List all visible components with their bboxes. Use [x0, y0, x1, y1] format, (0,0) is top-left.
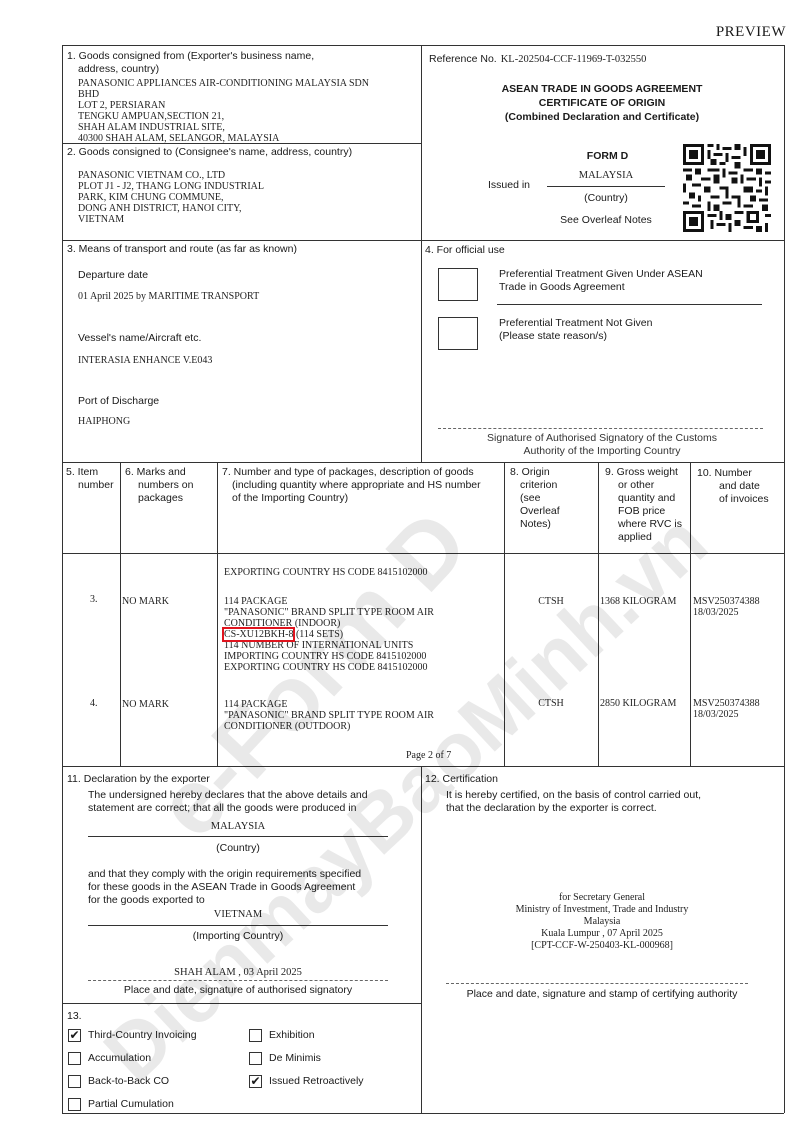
exporter-line: LOT 2, PERSIARAN	[78, 100, 369, 111]
box3-label: 3. Means of transport and route (as far …	[67, 243, 297, 256]
preferential-given-label: Preferential Treatment Given Under ASEAN…	[499, 268, 703, 294]
title-line: ASEAN TRADE IN GOODS AGREEMENT	[421, 82, 783, 96]
issued-in-label: Issued in	[488, 179, 530, 192]
cell-weight: 1368 KILOGRAM	[600, 596, 676, 607]
exporter-line: PANASONIC APPLIANCES AIR-CONDITIONING MA…	[78, 78, 369, 89]
option-text: Preferential Treatment Given Under ASEAN	[499, 268, 703, 281]
authority-line: for Secretary General	[421, 892, 783, 904]
declaration-line: The undersigned hereby declares that the…	[88, 789, 368, 802]
header-text: quantity and	[605, 492, 682, 505]
importing-country-caption: (Importing Country)	[88, 930, 388, 943]
declaration-text: The undersigned hereby declares that the…	[88, 789, 368, 815]
header-text: (see	[510, 492, 560, 505]
header-text: packages	[125, 492, 193, 505]
description-line: 114 NUMBER OF INTERNATIONAL UNITS	[224, 640, 434, 651]
departure-label: Departure date	[78, 269, 148, 282]
description-line: "PANASONIC" BRAND SPLIT TYPE ROOM AIR	[224, 710, 434, 721]
header-text: 5. Item	[66, 466, 118, 479]
box1-label-line2: address, country)	[78, 63, 159, 76]
table-preamble: EXPORTING COUNTRY HS CODE 8415102000	[224, 567, 427, 578]
produced-in-value: MALAYSIA	[88, 821, 388, 832]
cell-marks: NO MARK	[122, 596, 169, 607]
title-line: CERTIFICATE OF ORIGIN	[421, 96, 783, 110]
certification-line: that the declaration by the exporter is …	[446, 802, 701, 815]
option-text: Preferential Treatment Not Given	[499, 317, 653, 330]
consignee-line: DONG ANH DISTRICT, HANOI CITY,	[78, 203, 264, 214]
invoice-number: MSV250374388	[693, 698, 760, 709]
description-line: IMPORTING COUNTRY HS CODE 8415102000	[224, 651, 434, 662]
consignee-line: VIETNAM	[78, 214, 264, 225]
caption-line: Authority of the Importing Country	[421, 445, 783, 458]
header-text: or other	[605, 479, 682, 492]
page-indicator: Page 2 of 7	[406, 750, 451, 761]
header-text: applied	[605, 531, 682, 544]
declaration-line: for the goods exported to	[88, 894, 361, 907]
description-line: "PANASONIC" BRAND SPLIT TYPE ROOM AIR	[224, 607, 434, 618]
box12-label: 12. Certification	[425, 773, 498, 786]
preferential-not-given-checkbox[interactable]	[438, 317, 478, 350]
preview-label: PREVIEW	[716, 24, 786, 41]
option-text: (Please state reason/s)	[499, 330, 653, 343]
cell-weight: 2850 KILOGRAM	[600, 698, 676, 709]
option-label: Issued Retroactively	[269, 1075, 364, 1088]
compliance-text: and that they comply with the origin req…	[88, 868, 361, 907]
certifying-authority: for Secretary General Ministry of Invest…	[421, 892, 783, 952]
header-item-number: 5. Item number	[66, 466, 118, 492]
certification-text: It is hereby certified, on the basis of …	[446, 789, 701, 815]
declaration-line: and that they comply with the origin req…	[88, 868, 361, 881]
consignee-address: PANASONIC VIETNAM CO., LTD PLOT J1 - J2,…	[78, 170, 264, 225]
exported-to-value: VIETNAM	[88, 909, 388, 920]
consignee-line: PLOT J1 - J2, THANG LONG INDUSTRIAL	[78, 181, 264, 192]
option-label: Exhibition	[269, 1029, 315, 1042]
checkbox-icon[interactable]	[68, 1075, 81, 1088]
description-line: CONDITIONER (OUTDOOR)	[224, 721, 434, 732]
consignee-line: PARK, KIM CHUNG COMMUNE,	[78, 192, 264, 203]
header-marks: 6. Marks and numbers on packages	[125, 466, 193, 505]
header-text: of the Importing Country)	[222, 492, 481, 505]
title-line: (Combined Declaration and Certificate)	[421, 110, 783, 124]
certification-line: It is hereby certified, on the basis of …	[446, 789, 701, 802]
exporter-line: 40300 SHAH ALAM, SELANGOR, MALAYSIA	[78, 133, 369, 144]
header-weight: 9. Gross weight or other quantity and FO…	[605, 466, 682, 544]
preferential-given-checkbox[interactable]	[438, 268, 478, 301]
exporter-signature-caption: Place and date, signature of authorised …	[88, 984, 388, 997]
exporter-line: BHD	[78, 89, 369, 100]
checked-checkbox-icon[interactable]: ✔	[249, 1075, 262, 1088]
box11-label: 11. Declaration by the exporter	[67, 773, 210, 786]
certificate-title: ASEAN TRADE IN GOODS AGREEMENT CERTIFICA…	[421, 82, 783, 124]
header-text: numbers on	[125, 479, 193, 492]
header-text: Overleaf	[510, 505, 560, 518]
header-text: where RVC is	[605, 518, 682, 531]
description-line: EXPORTING COUNTRY HS CODE 8415102000	[224, 662, 434, 673]
cell-item: 4.	[90, 698, 98, 709]
cell-invoice: MSV250374388 18/03/2025	[693, 596, 760, 618]
model-line: CS-XU12BKH-8 (114 SETS)	[224, 629, 434, 640]
port-value: HAIPHONG	[78, 416, 130, 427]
header-text: 10. Number	[697, 467, 769, 480]
invoice-date: 18/03/2025	[693, 709, 760, 720]
reference-number: Reference No. KL-202504-CCF-11969-T-0325…	[429, 49, 646, 67]
header-text: FOB price	[605, 505, 682, 518]
option-label: Third-Country Invoicing	[88, 1029, 197, 1042]
header-text: criterion	[510, 479, 560, 492]
header-text: and date	[697, 480, 769, 493]
header-description: 7. Number and type of packages, descript…	[222, 466, 481, 505]
option-label: Accumulation	[88, 1052, 151, 1065]
header-origin: 8. Origin criterion (see Overleaf Notes)	[510, 466, 560, 531]
checkbox-icon[interactable]	[68, 1098, 81, 1111]
port-label: Port of Discharge	[78, 395, 159, 408]
option-text: Trade in Goods Agreement	[499, 281, 703, 294]
cell-description: 114 PACKAGE "PANASONIC" BRAND SPLIT TYPE…	[224, 596, 434, 673]
box1-label-line1: 1. Goods consigned from (Exporter's busi…	[67, 50, 314, 63]
vessel-label: Vessel's name/Aircraft etc.	[78, 332, 201, 345]
country-caption: (Country)	[88, 842, 388, 855]
consignee-line: PANASONIC VIETNAM CO., LTD	[78, 170, 264, 181]
vessel-value: INTERASIA ENHANCE V.E043	[78, 355, 212, 366]
checkbox-icon[interactable]	[249, 1029, 262, 1042]
description-line: 114 PACKAGE	[224, 699, 434, 710]
authority-line: [CPT-CCF-W-250403-KL-000968]	[421, 940, 783, 952]
authority-signature-caption: Place and date, signature and stamp of c…	[421, 988, 783, 1001]
authority-line: Kuala Lumpur , 07 April 2025	[421, 928, 783, 940]
highlighted-model-number: CS-XU12BKH-8	[224, 629, 293, 640]
departure-value: 01 April 2025 by MARITIME TRANSPORT	[78, 291, 259, 302]
header-text: Notes)	[510, 518, 560, 531]
option-label: De Minimis	[269, 1052, 321, 1065]
qr-code-icon	[683, 144, 771, 232]
declaration-line: statement are correct; that all the good…	[88, 802, 368, 815]
caption-line: Signature of Authorised Signatory of the…	[421, 432, 783, 445]
declaration-line: for these goods in the ASEAN Trade in Go…	[88, 881, 361, 894]
checked-checkbox-icon[interactable]: ✔	[68, 1029, 81, 1042]
cell-marks: NO MARK	[122, 699, 169, 710]
cell-description: 114 PACKAGE "PANASONIC" BRAND SPLIT TYPE…	[224, 699, 434, 732]
header-text: (including quantity where appropriate an…	[222, 479, 481, 492]
header-text: 9. Gross weight	[605, 466, 682, 479]
overleaf-note: See Overleaf Notes	[540, 214, 672, 227]
form-name: FORM D	[545, 150, 670, 163]
exporter-line: TENGKU AMPUAN,SECTION 21,	[78, 111, 369, 122]
reference-value: KL-202504-CCF-11969-T-032550	[501, 54, 647, 65]
checkbox-icon[interactable]	[249, 1052, 262, 1065]
cell-origin: CTSH	[504, 698, 598, 709]
checkbox-icon[interactable]	[68, 1052, 81, 1065]
description-line: 114 PACKAGE	[224, 596, 434, 607]
box4-label: 4. For official use	[425, 244, 505, 257]
header-text: of invoices	[697, 493, 769, 506]
authority-line: Ministry of Investment, Trade and Indust…	[421, 904, 783, 916]
option-label: Back-to-Back CO	[88, 1075, 169, 1088]
exporter-address: PANASONIC APPLIANCES AIR-CONDITIONING MA…	[78, 78, 369, 144]
authority-line: Malaysia	[421, 916, 783, 928]
box2-label: 2. Goods consigned to (Consignee's name,…	[67, 146, 352, 159]
cell-invoice: MSV250374388 18/03/2025	[693, 698, 760, 720]
invoice-number: MSV250374388	[693, 596, 760, 607]
option-label: Partial Cumulation	[88, 1098, 174, 1111]
model-suffix: (114 SETS)	[293, 629, 343, 640]
issued-in-value: MALAYSIA	[547, 170, 665, 181]
header-text: 8. Origin	[510, 466, 560, 479]
cell-item: 3.	[90, 594, 98, 605]
cell-origin: CTSH	[504, 596, 598, 607]
invoice-date: 18/03/2025	[693, 607, 760, 618]
customs-signature-caption: Signature of Authorised Signatory of the…	[421, 432, 783, 458]
exporter-place-date: SHAH ALAM , 03 April 2025	[88, 967, 388, 978]
preferential-not-given-label: Preferential Treatment Not Given (Please…	[499, 317, 653, 343]
header-text: 7. Number and type of packages, descript…	[222, 466, 481, 479]
box13-label: 13.	[67, 1010, 82, 1023]
reference-label: Reference No.	[429, 53, 497, 65]
exporter-line: SHAH ALAM INDUSTRIAL SITE,	[78, 122, 369, 133]
header-text: 6. Marks and	[125, 466, 193, 479]
description-line: CONDITIONER (INDOOR)	[224, 618, 434, 629]
header-text: number	[66, 479, 118, 492]
country-caption: (Country)	[547, 192, 665, 205]
header-invoices: 10. Number and date of invoices	[697, 467, 769, 506]
